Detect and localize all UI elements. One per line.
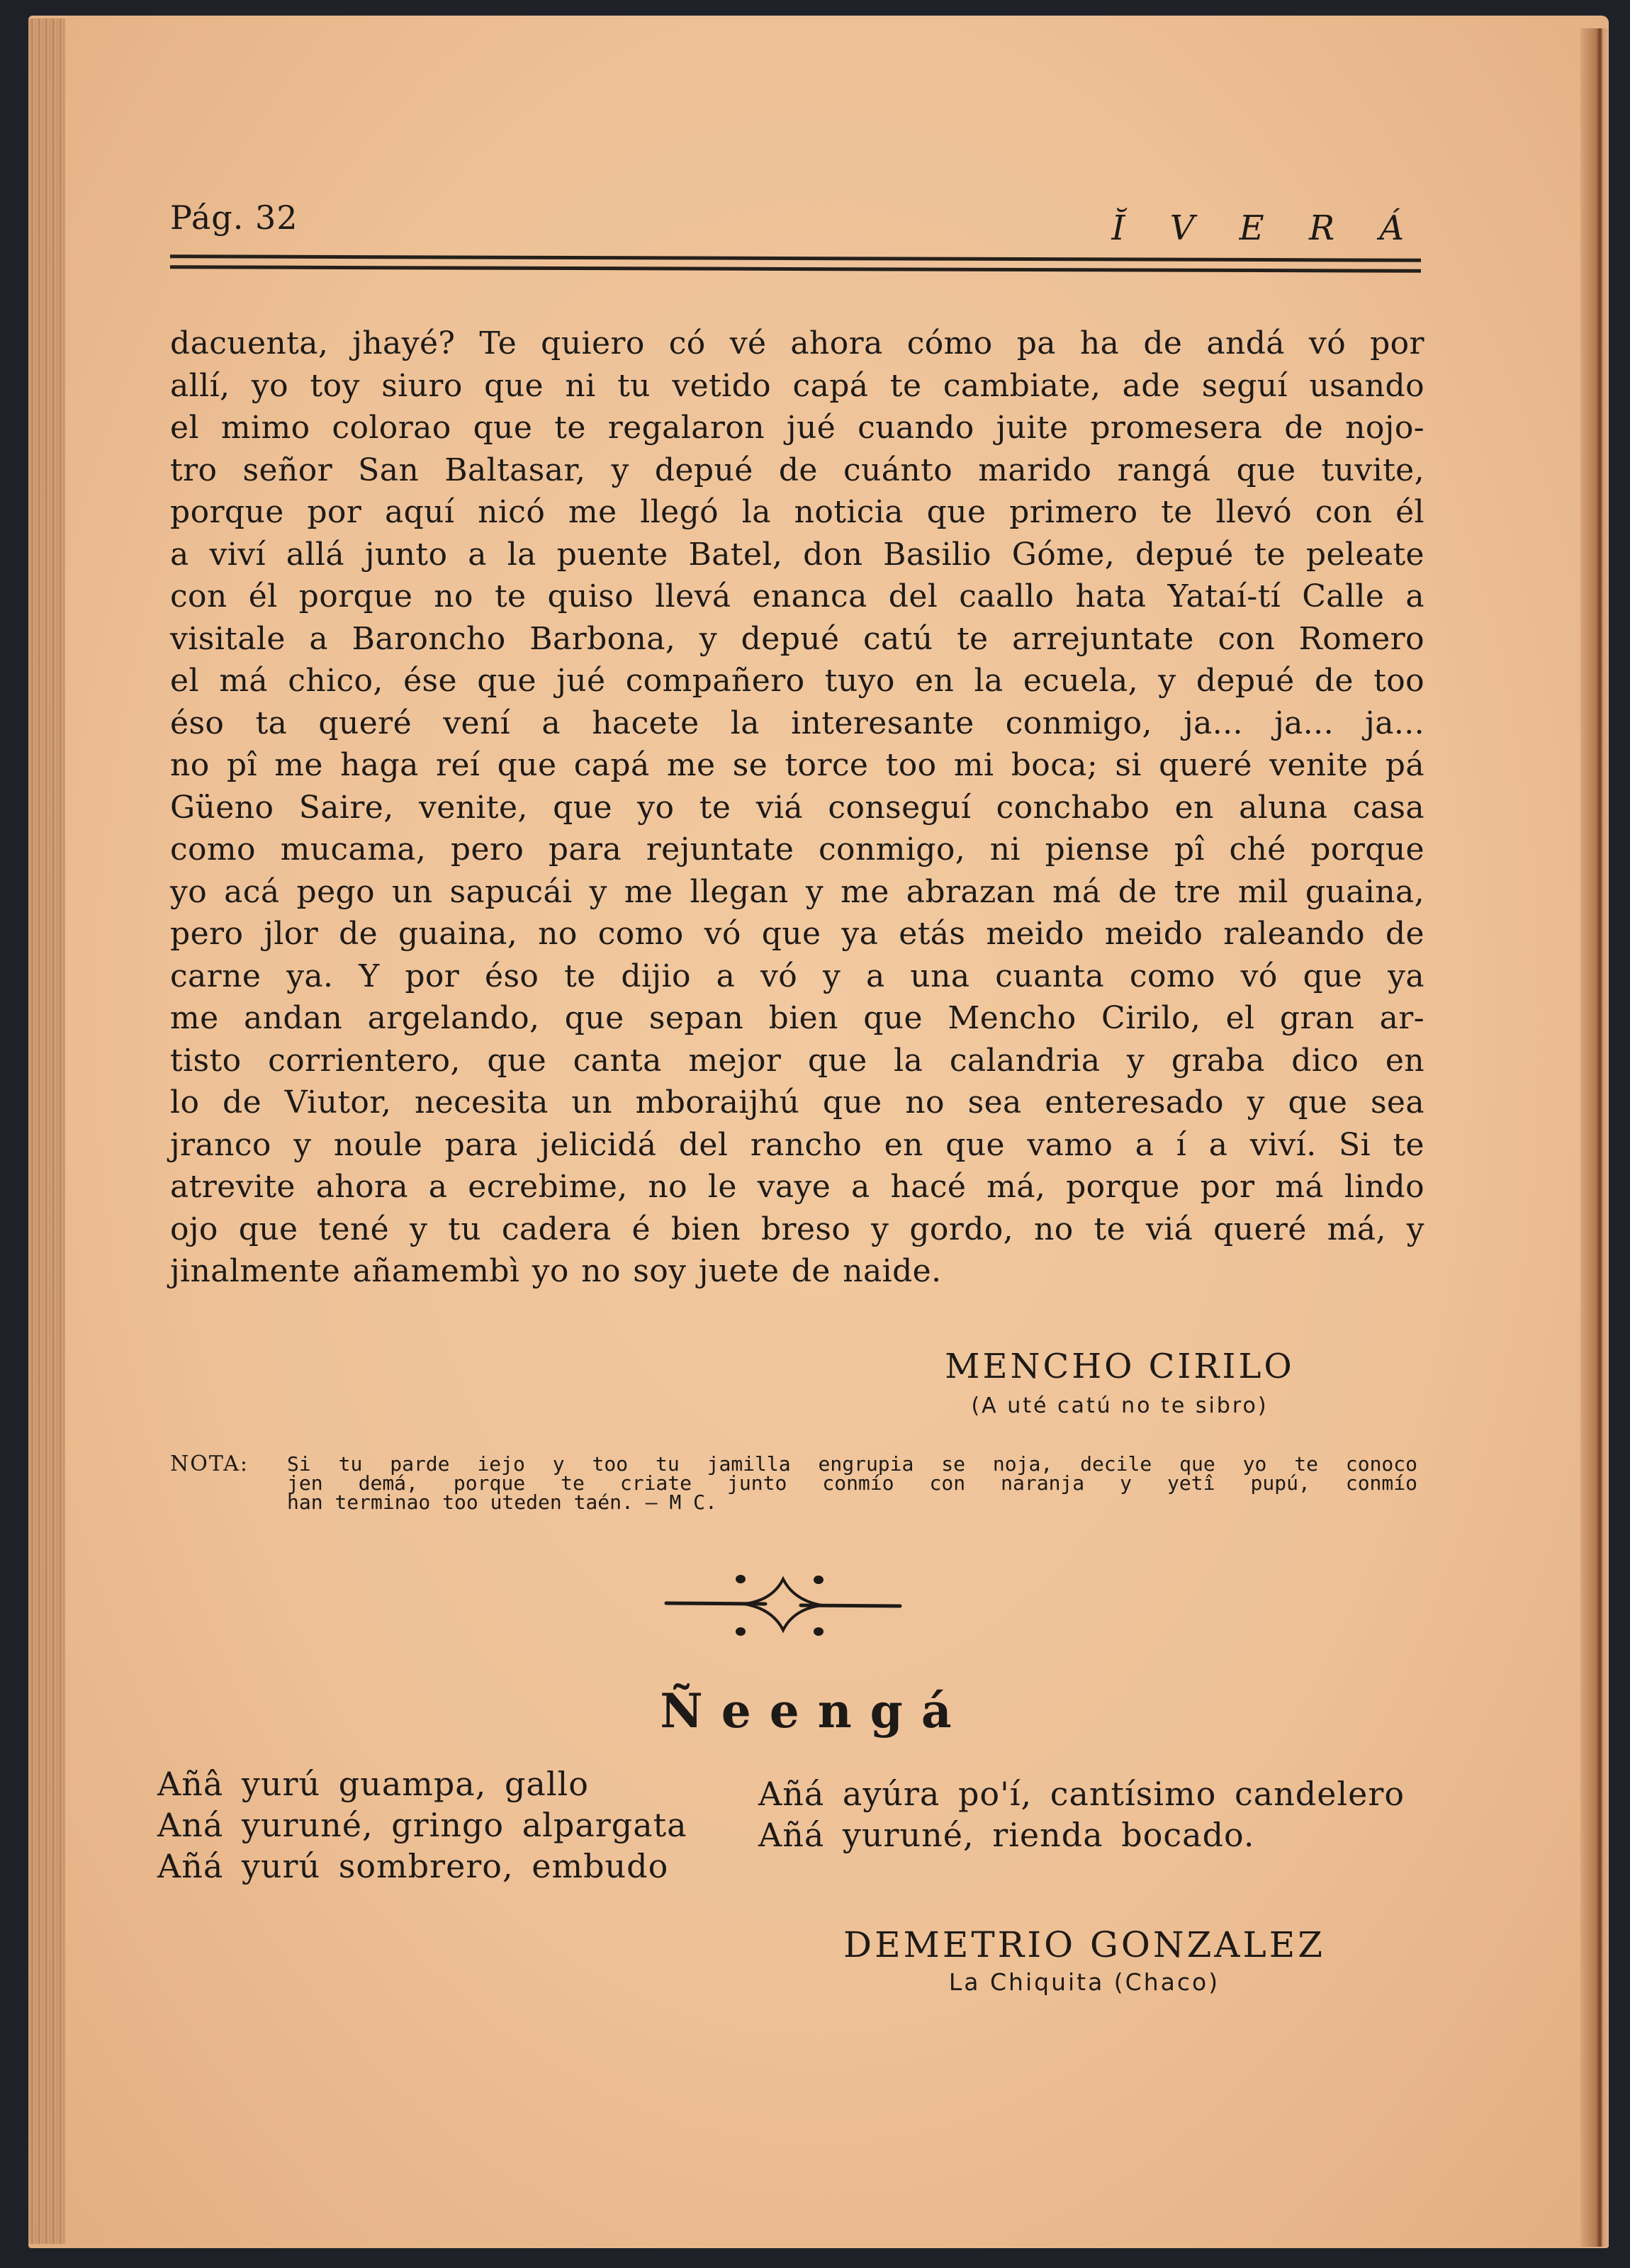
letter-line: con él porque no te quiso llevá enanca d… [170, 576, 1424, 618]
note-line: han terminao too uteden taén. — M C. [287, 1493, 1417, 1512]
letter-line: ojo que tené y tu cadera é bien breso y … [170, 1208, 1424, 1251]
letter-body: dacuenta, jhayé? Te quiero có vé ahora c… [170, 322, 1424, 1293]
magazine-title: Ĭ V E R Á [1112, 208, 1422, 248]
letter-line: allí, yo toy siuro que ni tu vetido capá… [170, 365, 1424, 408]
poem-line: Añá yurú sombrero, embudo [157, 1846, 687, 1887]
letter-line: atrevite ahora a ecrebime, no le vaye a … [170, 1166, 1424, 1208]
signature-name: MENCHO CIRILO [935, 1347, 1304, 1386]
signature-subtitle: (A uté catú no te sibro) [935, 1393, 1304, 1418]
poem-title: Ñeengá [0, 1683, 1630, 1739]
letter-line: el má chico, ése que jué compañero tuyo … [170, 660, 1424, 702]
letter-line: dacuenta, jhayé? Te quiero có vé ahora c… [170, 322, 1424, 365]
letter-line: visitale a Baroncho Barbona, y depué cat… [170, 618, 1424, 661]
letter-line: a viví allá junto a la puente Batel, don… [170, 534, 1424, 576]
letter-line: me andan argelando, que sepan bien que M… [170, 997, 1424, 1040]
letter-line: jranco y noule para jelicidá del rancho … [170, 1124, 1424, 1167]
poem-line: Añá ayúra po'í, cantísimo candelero [758, 1773, 1405, 1814]
page-stack-edge-left [28, 18, 65, 2244]
letter-line: pero jlor de guaina, no como vó que ya e… [170, 913, 1424, 955]
letter-line: carne ya. Y por éso te dijio a vó y a un… [170, 955, 1424, 998]
poem-author: DEMETRIO GONZALEZ [836, 1924, 1332, 1965]
note-line: jen demá, porque te criate junto conmío … [287, 1473, 1417, 1493]
poem-line: Añá yuruné, rienda bocado. [758, 1814, 1405, 1856]
letter-line: tro señor San Baltasar, y depué de cuánt… [170, 449, 1424, 492]
poem-line: Aná yuruné, gringo alpargata [157, 1804, 687, 1846]
letter-line: tisto corrientero, que canta mejor que l… [170, 1040, 1424, 1082]
letter-line: no pî me haga reí que capá me se torce t… [170, 744, 1424, 787]
poem-author-location: La Chiquita (Chaco) [836, 1968, 1332, 1996]
letter-line: porque por aquí nicó me llegó la noticia… [170, 491, 1424, 534]
poem-column-right: Añá ayúra po'í, cantísimo candelero Añá … [758, 1773, 1405, 1856]
letter-line: jinalmente añamembì yo no soy juete de n… [170, 1250, 1424, 1293]
letter-signature: MENCHO CIRILO (A uté catú no te sibro) [935, 1347, 1304, 1418]
diamond-flourish-divider-icon [659, 1566, 907, 1644]
letter-line: como mucama, pero para rejuntate conmigo… [170, 829, 1424, 871]
letter-line: yo acá pego un sapucái y me llegan y me … [170, 871, 1424, 914]
poem-column-left: Añâ yurú guampa, gallo Aná yuruné, gring… [157, 1763, 687, 1887]
page-fold-edge-right [1580, 28, 1609, 2247]
page-number: Pág. 32 [170, 198, 298, 237]
letter-line: lo de Viutor, necesita un mboraijhú que … [170, 1082, 1424, 1124]
letter-line: Güeno Saire, venite, que yo te viá conse… [170, 787, 1424, 829]
note-label: NOTA: [170, 1454, 249, 1473]
letter-line: éso ta queré vení a hacete la interesant… [170, 702, 1424, 745]
poem-signature: DEMETRIO GONZALEZ La Chiquita (Chaco) [836, 1924, 1332, 1996]
note-line: Si tu parde iejo y too tu jamilla engrup… [287, 1454, 1417, 1473]
page-header: Pág. 32 Ĭ V E R Á [170, 198, 1421, 262]
letter-line: el mimo colorao que te regalaron jué cua… [170, 407, 1424, 449]
poem-line: Añâ yurú guampa, gallo [157, 1763, 687, 1804]
